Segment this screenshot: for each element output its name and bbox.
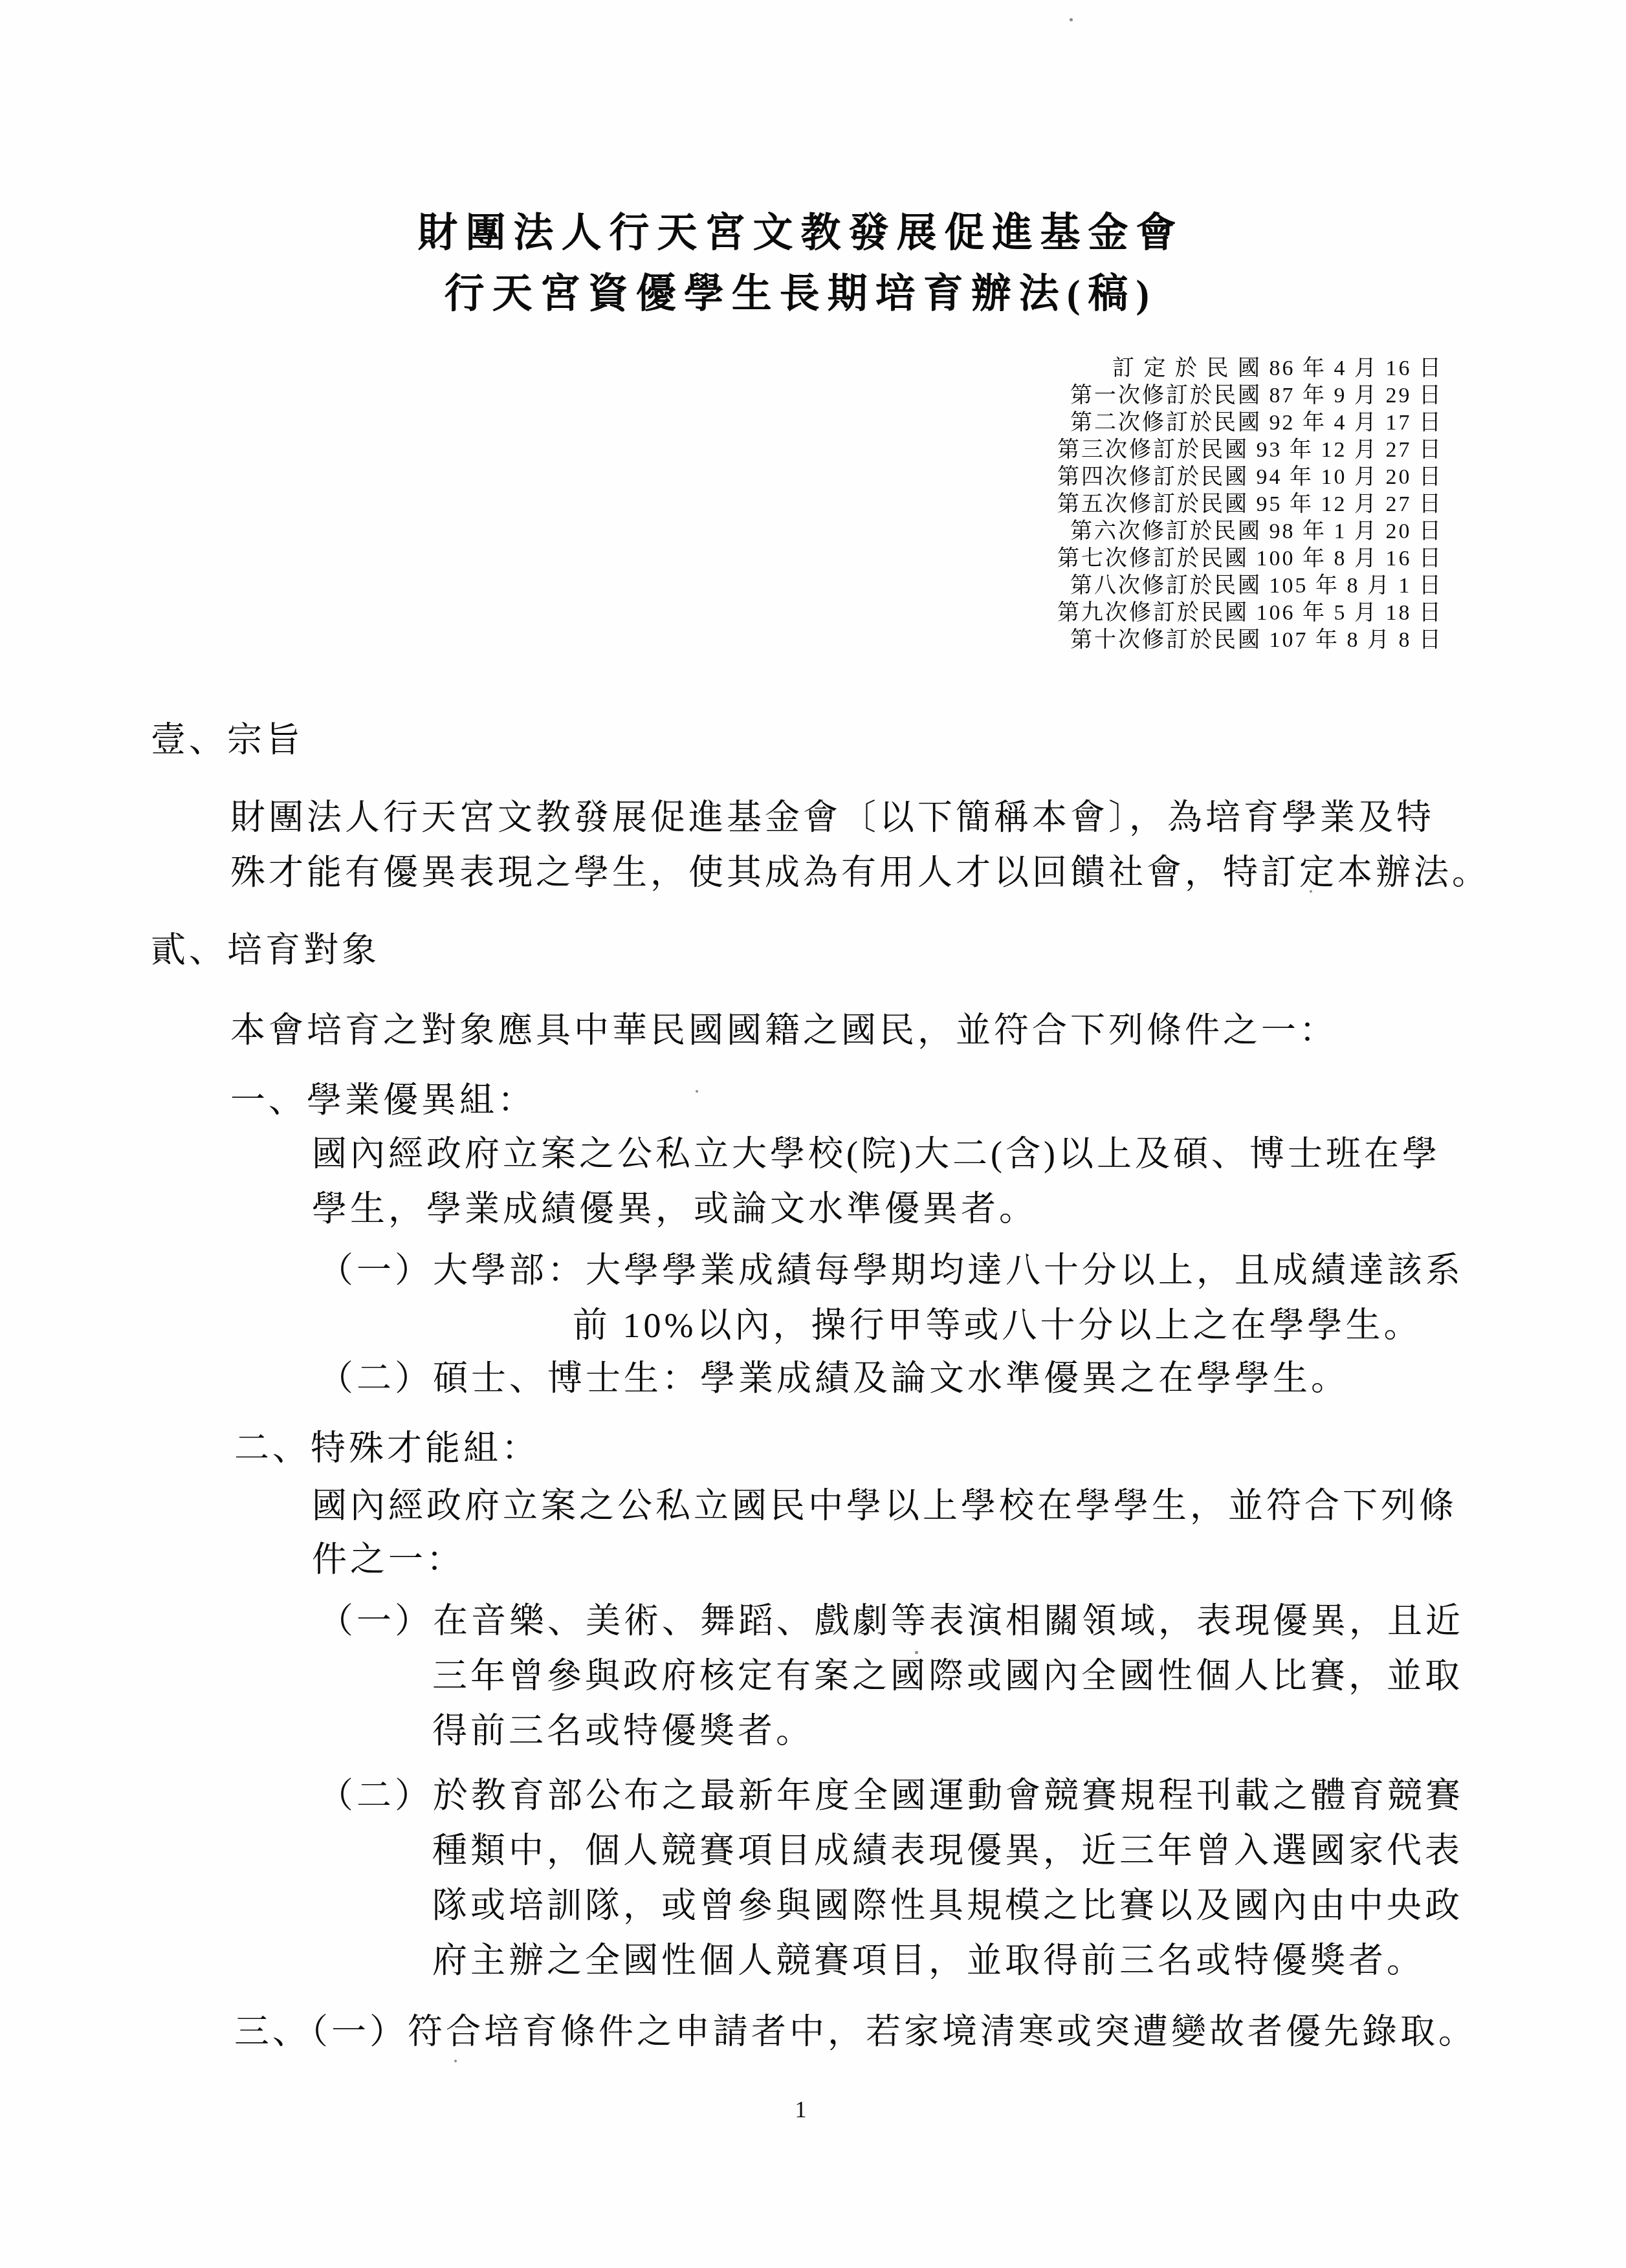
body-line: 府主辦之全國性個人競賽項目，並取得前三名或特優獎者。 (432, 1941, 1425, 1981)
section-heading-target: 貳、培育對象 (151, 930, 380, 970)
body-line: 種類中，個人競賽項目成績表現優異，近三年曾入選國家代表 (432, 1831, 1463, 1871)
scanned-document-page: 財團法人行天宮文教發展促進基金會 行天宮資優學生長期培育辦法(稿) 訂 定 於 … (0, 0, 1626, 2268)
revision-line: 訂 定 於 民 國 86 年 4 月 16 日 (1057, 355, 1443, 382)
revision-line: 第八次修訂於民國 105 年 8 月 1 日 (1057, 572, 1443, 600)
body-line: 學生，學業成績優異，或論文水準優異者。 (312, 1189, 1037, 1229)
scan-speck (1070, 18, 1073, 21)
body-line: 得前三名或特優獎者。 (432, 1711, 814, 1751)
body-line: 殊才能有優異表現之學生，使其成為有用人才以回饋社會，特訂定本辦法。 (230, 853, 1490, 893)
revision-line: 第九次修訂於民國 106 年 5 月 18 日 (1057, 600, 1443, 627)
body-line: 財團法人行天宮文教發展促進基金會〔以下簡稱本會〕，為培育學業及特 (230, 798, 1434, 838)
scan-speck (915, 1651, 918, 1654)
revision-line: 第六次修訂於民國 98 年 1 月 20 日 (1057, 518, 1443, 545)
section-heading-purpose: 壹、宗旨 (151, 720, 303, 760)
body-line: 本會培育之對象應具中華民國國籍之國民，並符合下列條件之一： (230, 1010, 1337, 1051)
page-number: 1 (0, 2096, 1614, 2123)
list-item-3: 三、（一）符合培育條件之申請者中，若家境清寒或突遭變故者優先錄取。 (234, 2012, 1477, 2052)
body-line: 件之一： (312, 1540, 465, 1580)
revision-line: 第十次修訂於民國 107 年 8 月 8 日 (1057, 627, 1443, 654)
revision-line: 第一次修訂於民國 87 年 9 月 29 日 (1057, 382, 1443, 409)
revision-line: 第七次修訂於民國 100 年 8 月 16 日 (1057, 545, 1443, 572)
revision-line: 第三次修訂於民國 93 年 12 月 27 日 (1057, 437, 1443, 464)
scan-speck (696, 1090, 698, 1093)
document-title: 財團法人行天宮文教發展促進基金會 (0, 211, 1614, 256)
sub-item-1-1: （一）大學部：大學學業成績每學期均達八十分以上，且成績達該系 (318, 1250, 1464, 1291)
body-line: 國內經政府立案之公私立大學校(院)大二(含)以上及碩、博士班在學 (312, 1134, 1440, 1174)
body-line: 隊或培訓隊，或曾參與國際性具規模之比賽以及國內由中央政 (432, 1886, 1463, 1926)
document-subtitle: 行天宮資優學生長期培育辦法(稿) (0, 272, 1614, 317)
revision-history: 訂 定 於 民 國 86 年 4 月 16 日 第一次修訂於民國 87 年 9 … (1057, 355, 1443, 654)
revision-line: 第四次修訂於民國 94 年 10 月 20 日 (1057, 464, 1443, 491)
revision-line: 第二次修訂於民國 92 年 4 月 17 日 (1057, 409, 1443, 437)
revision-line: 第五次修訂於民國 95 年 12 月 27 日 (1057, 491, 1443, 518)
scan-speck (454, 2060, 457, 2062)
scan-speck (1310, 890, 1312, 893)
sub-item-2-1: （一）在音樂、美術、舞蹈、戲劇等表演相關領域，表現優異，且近 (318, 1601, 1464, 1641)
sub-item-2-2: （二）於教育部公布之最新年度全國運動會競賽規程刊載之體育競賽 (318, 1776, 1464, 1816)
sub-item-1-2: （二）碩士、博士生：學業成績及論文水準優異之在學學生。 (318, 1358, 1349, 1399)
list-item-2: 二、特殊才能組： (234, 1428, 540, 1468)
body-line: 前 10%以內，操行甲等或八十分以上之在學學生。 (573, 1305, 1422, 1346)
list-item-1: 一、學業優異組： (230, 1080, 536, 1120)
body-line: 三年曾參與政府核定有案之國際或國內全國性個人比賽，並取 (432, 1656, 1463, 1696)
body-line: 國內經政府立案之公私立國民中學以上學校在學學生，並符合下列條 (312, 1486, 1457, 1526)
